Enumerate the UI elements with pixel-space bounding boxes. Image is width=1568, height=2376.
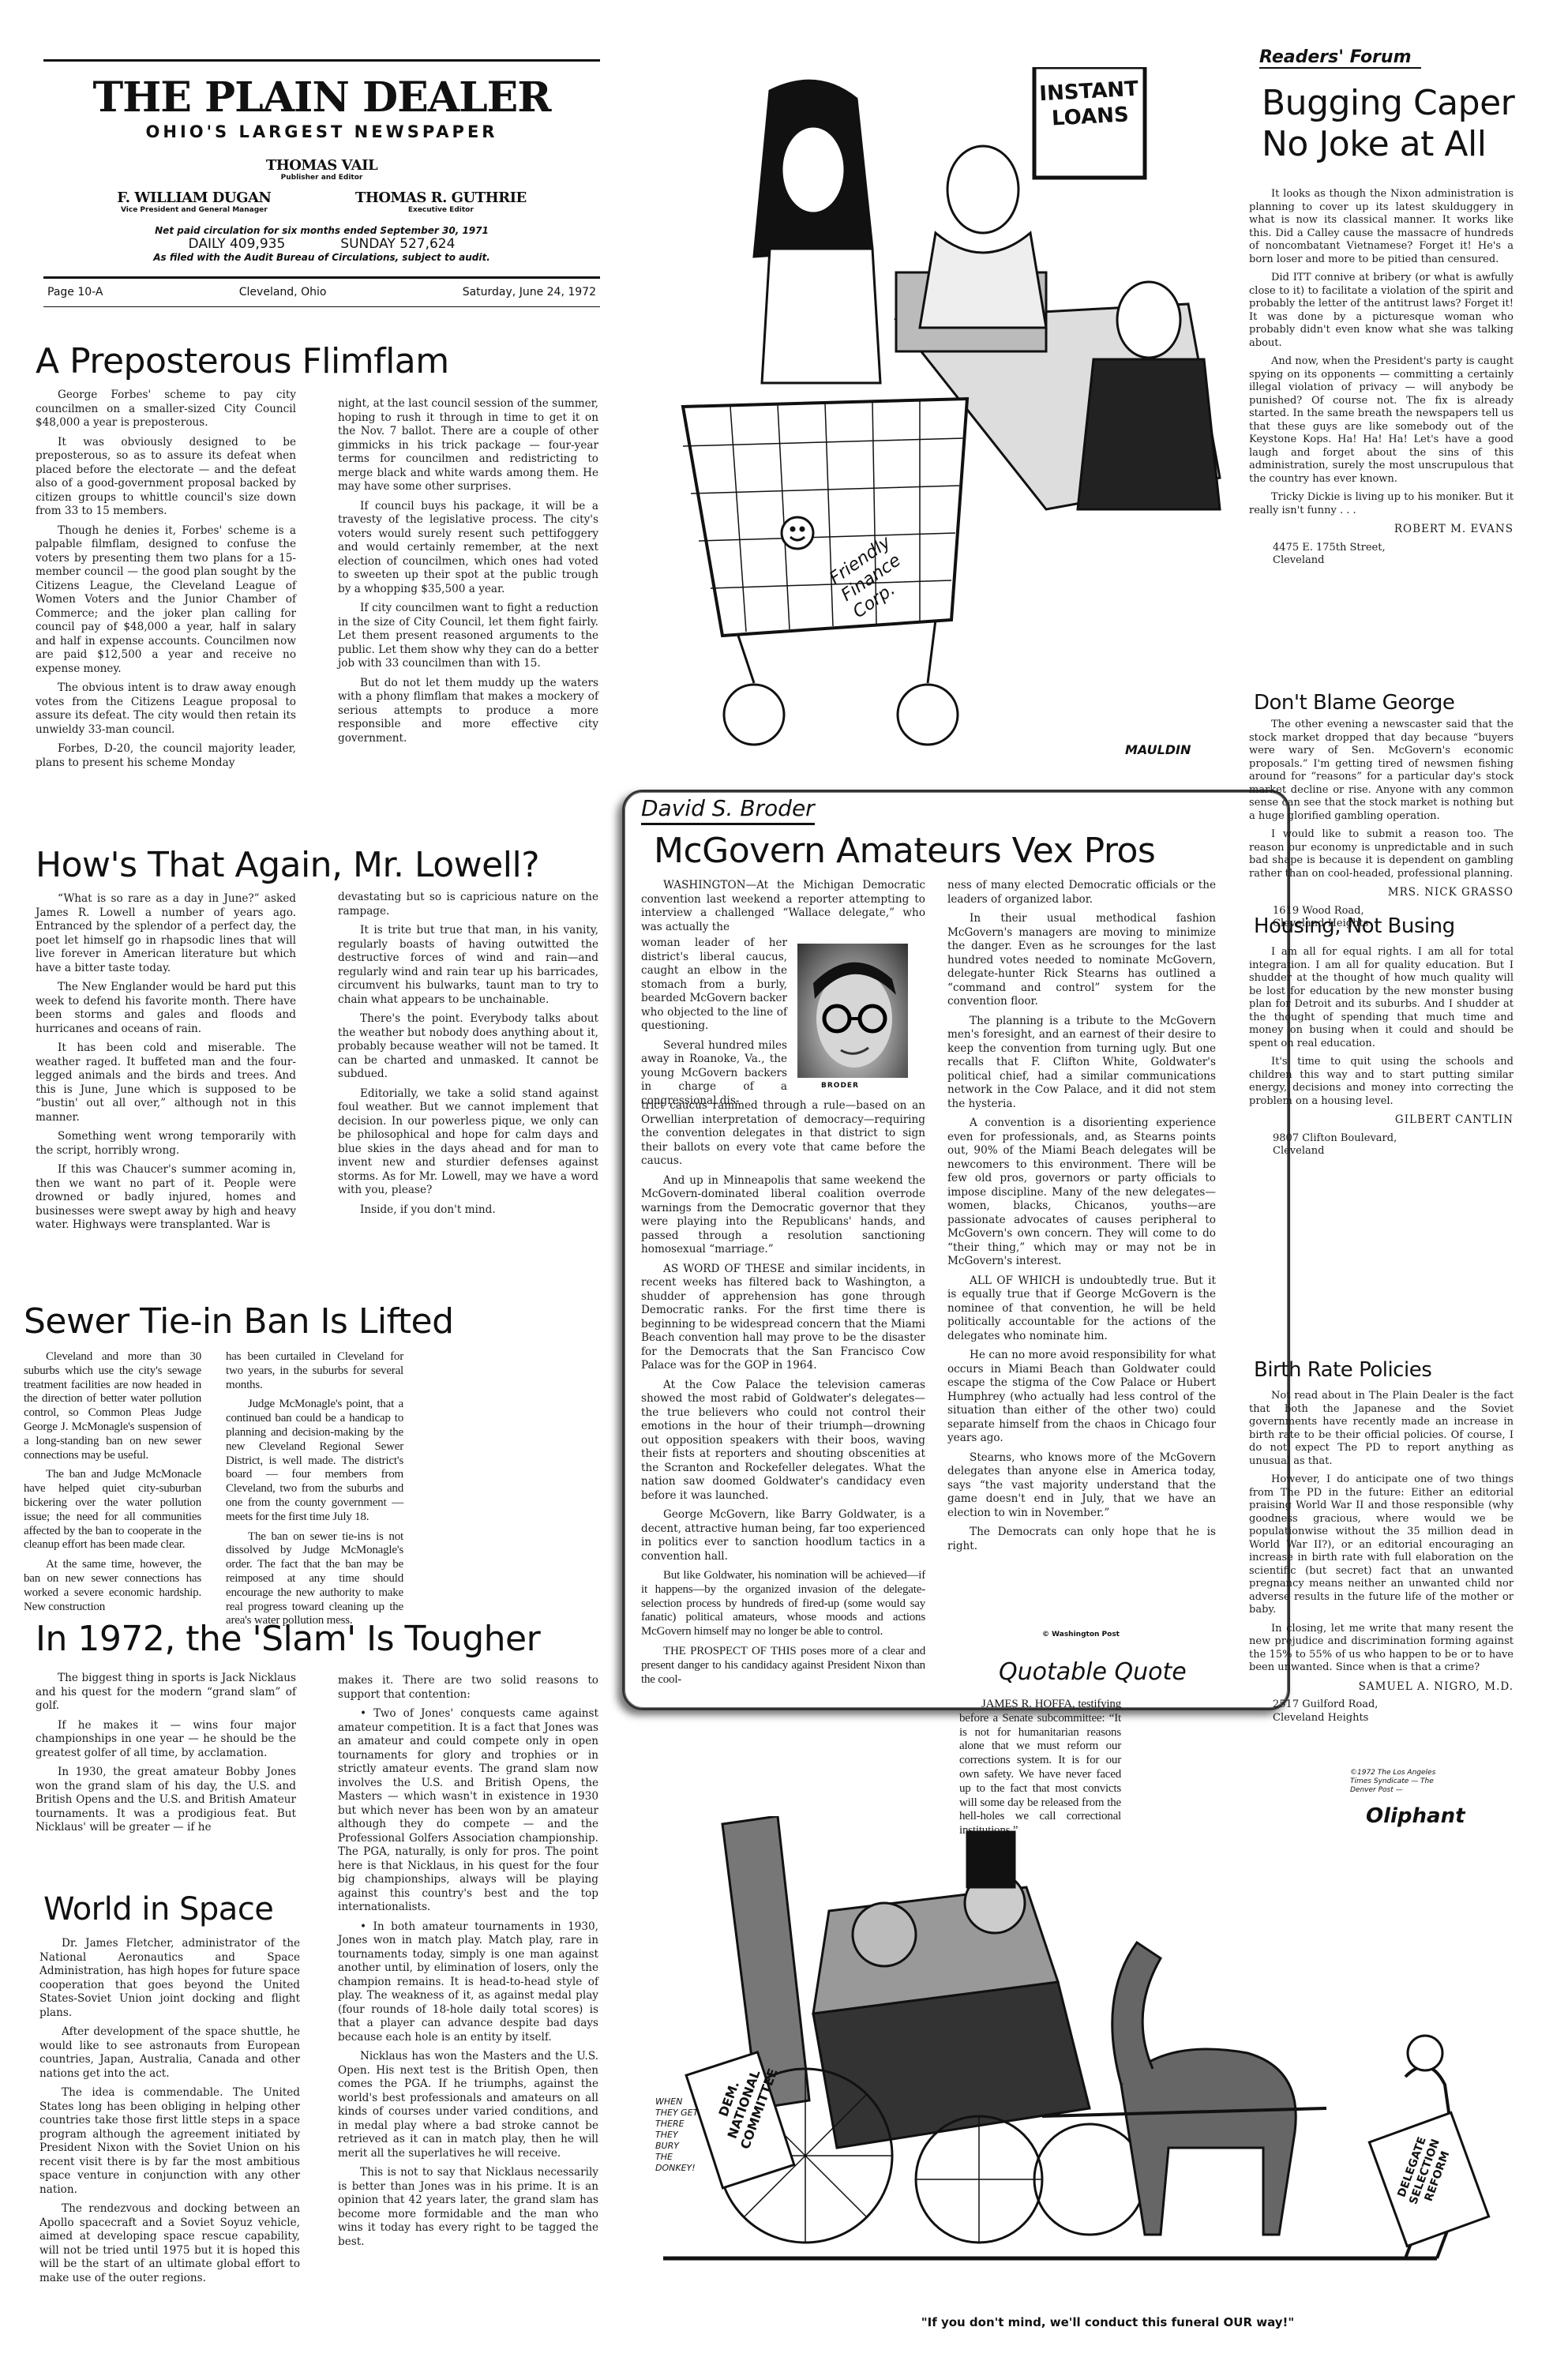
paragraph: If council buys his package, it will be … [338, 500, 598, 597]
letter-address: 4475 E. 175th Street, [1273, 542, 1514, 555]
cartoon-syndicate-credit: ©1972 The Los Angeles Times Syndicate — … [1350, 1769, 1437, 1795]
headline-mcgovern: McGovern Amateurs Vex Pros [654, 831, 1155, 871]
paragraph: There's the point. Everybody talks about… [338, 1012, 598, 1082]
editorial-cartoon-loans: INSTANT LOANS Friendly Finance Corp. MAU… [636, 67, 1244, 762]
cartoon-caption: "If you don't mind, we'll conduct this f… [647, 2315, 1568, 2329]
paragraph: Forbes, D-20, the council majority leade… [36, 742, 296, 770]
paragraph: ness of many elected Democratic official… [947, 879, 1216, 906]
columnist-byline: David S. Broder [641, 795, 815, 825]
paragraph: It is trite but true that man, in his va… [338, 924, 598, 1007]
paragraph: In 1930, the great amateur Bobby Jones w… [36, 1766, 296, 1835]
paragraph: This is not to say that Nicklaus necessa… [338, 2166, 598, 2249]
dateline: Page 10-A Cleveland, Ohio Saturday, June… [47, 286, 596, 298]
letter-housing-not-busing: I am all for equal rights. I am all for … [1249, 946, 1514, 1158]
paragraph: And now, when the President's party is c… [1249, 355, 1514, 486]
readers-forum-label: Readers' Forum [1259, 47, 1421, 69]
vp-name: F. WILLIAM DUGAN [117, 190, 271, 206]
letter-headline: Don't Blame George [1254, 691, 1454, 715]
sunday-circulation: SUNDAY 527,624 [340, 236, 455, 252]
paragraph: Inside, if you don't mind. [338, 1203, 598, 1218]
letter-address: Cleveland [1273, 554, 1514, 568]
portrait-icon [797, 944, 908, 1078]
paragraph: Editorially, we take a solid stand again… [338, 1087, 598, 1198]
headline-slam: In 1972, the 'Slam' Is Tougher [36, 1619, 540, 1659]
paragraph: He can no more avoid responsibility for … [947, 1349, 1216, 1446]
page-number: Page 10-A [47, 286, 103, 298]
vp-title: Vice President and General Manager [117, 206, 271, 214]
publisher-name: THOMAS VAIL [43, 157, 600, 174]
paragraph: It's time to quit using the schools and … [1249, 1056, 1514, 1108]
masthead: THE PLAIN DEALER OHIO'S LARGEST NEWSPAPE… [43, 75, 600, 263]
cartoon-drawing-icon [647, 1816, 1568, 2306]
paragraph: Not read about in The Plain Dealer is th… [1249, 1390, 1514, 1468]
letter-address: 2517 Guilford Road, [1273, 1698, 1514, 1712]
lowell-col1: “What is so rare as a day in June?” aske… [36, 892, 296, 1238]
letter-dont-blame-george: The other evening a newscaster said that… [1249, 719, 1514, 931]
cartoon-drawing-icon [636, 67, 1244, 762]
newspaper-title: THE PLAIN DEALER [43, 75, 600, 121]
paragraph: The biggest thing in sports is Jack Nick… [36, 1672, 296, 1713]
letter-headline: Bugging Caper No Joke at All [1262, 83, 1546, 165]
letter-signature: GILBERT CANTLIN [1249, 1113, 1514, 1127]
paragraph: In closing, let me write that many resen… [1249, 1623, 1514, 1675]
broder-wrap-text: woman leader of her district's liberal c… [641, 937, 787, 1113]
letter-address: Cleveland [1273, 1145, 1514, 1158]
space-col1: Dr. James Fletcher, administrator of the… [39, 1937, 300, 2291]
paragraph: A convention is a disorienting experienc… [947, 1117, 1216, 1269]
slam-col2: makes it. There are two solid reasons to… [338, 1674, 598, 2254]
masthead-top-rule [43, 59, 600, 62]
paragraph: Cleveland and more than 30 suburbs which… [24, 1350, 201, 1462]
paragraph: The planning is a tribute to the McGover… [947, 1015, 1216, 1112]
paragraph: Did ITT connive at bribery (or what is a… [1249, 272, 1514, 350]
instant-loans-sign: INSTANT LOANS [1037, 77, 1142, 133]
paragraph: Several hundred miles away in Roanoke, V… [641, 1039, 787, 1109]
broder-photo [797, 944, 908, 1078]
paragraph: Nicklaus has won the Masters and the U.S… [338, 2050, 598, 2160]
slam-col1: The biggest thing in sports is Jack Nick… [36, 1672, 296, 1841]
paragraph: It was obviously designed to be preposte… [36, 436, 296, 519]
paragraph: If city councilmen want to fight a reduc… [338, 602, 598, 671]
paragraph: It has been cold and miserable. The weat… [36, 1042, 296, 1124]
paragraph: In their usual methodical fashion McGove… [947, 912, 1216, 1009]
letter-address: 9807 Clifton Boulevard, [1273, 1132, 1514, 1146]
paragraph: AS WORD OF THESE and similar incidents, … [641, 1263, 925, 1373]
paragraph: George Forbes' scheme to pay city counci… [36, 388, 296, 430]
paragraph: Something went wrong temporarily with th… [36, 1130, 296, 1158]
headline-space: World in Space [43, 1891, 273, 1927]
masthead-bottom-rule [43, 276, 600, 279]
paragraph: The idea is commendable. The United Stat… [39, 2086, 300, 2197]
headline-lowell: How's That Again, Mr. Lowell? [36, 845, 539, 885]
circulation-note: Net paid circulation for six months ende… [43, 225, 600, 236]
paragraph: Dr. James Fletcher, administrator of the… [39, 1937, 300, 2020]
paragraph: • Two of Jones' conquests came against a… [338, 1707, 598, 1915]
paragraph: But do not let them muddy up the waters … [338, 677, 598, 746]
paragraph: And up in Minneapolis that same weekend … [641, 1174, 925, 1257]
lowell-col2: devastating but so is capricious nature … [338, 891, 598, 1222]
broder-col2: ness of many elected Democratic official… [947, 879, 1216, 1559]
paragraph: At the Cow Palace the television cameras… [641, 1379, 925, 1503]
cartoonist-signature: MAULDIN [1125, 742, 1191, 757]
paragraph: The Democrats can only hope that he is r… [947, 1526, 1216, 1553]
paragraph: George McGovern, like Barry Goldwater, i… [641, 1508, 925, 1563]
letter-bugging-caper: It looks as though the Nixon administrat… [1249, 188, 1514, 568]
copyright-credit: © Washington Post [1042, 1631, 1120, 1638]
dateline-date: Saturday, June 24, 1972 [463, 286, 596, 298]
sewer-col1-wrap: Cleveland and more than 30 suburbs which… [24, 1350, 201, 1620]
paragraph: makes it. There are two solid reasons to… [338, 1674, 598, 1702]
publisher-title: Publisher and Editor [43, 174, 600, 182]
headline-flimflam: A Preposterous Flimflam [36, 341, 449, 381]
paragraph: devastating but so is capricious nature … [338, 891, 598, 918]
broder-col1-continued: trict caucus rammed through a rule—based… [641, 1099, 925, 1692]
paragraph: Judge McMonagle's point, that a continue… [226, 1398, 403, 1524]
paragraph: The obvious intent is to draw away enoug… [36, 681, 296, 737]
paragraph: If this was Chaucer's summer acoming in,… [36, 1163, 296, 1233]
paragraph: THE PROSPECT OF THIS poses more of a cle… [641, 1645, 925, 1687]
letter-headline: Birth Rate Policies [1254, 1358, 1431, 1382]
paragraph: WASHINGTON—At the Michigan Democratic co… [641, 879, 925, 934]
paragraph: Stearns, who knows more of the McGovern … [947, 1451, 1216, 1521]
paragraph: But like Goldwater, his nomination will … [641, 1569, 925, 1639]
dateline-rule [43, 306, 600, 307]
quotable-quote-title: Quotable Quote [999, 1658, 1187, 1686]
sewer-col2: has been curtailed in Cleveland for two … [226, 1350, 403, 1634]
paragraph: I would like to submit a reason too. The… [1249, 828, 1514, 880]
audit-note: As filed with the Audit Bureau of Circul… [43, 252, 600, 263]
paragraph: The ban on sewer tie-ins is not dissolve… [226, 1530, 403, 1629]
cartoon-aside: WHEN THEY GET THERE THEY BURY THE DONKEY… [655, 2096, 699, 2174]
newspaper-tagline: OHIO'S LARGEST NEWSPAPER [43, 121, 600, 143]
letter-signature: ROBERT M. EVANS [1249, 523, 1514, 536]
dateline-city: Cleveland, Ohio [239, 286, 327, 298]
cartoonist-signature: Oliphant [1366, 1804, 1465, 1828]
exec-editor-name: THOMAS R. GUTHRIE [355, 190, 527, 206]
paragraph: ALL OF WHICH is undoubtedly true. But it… [947, 1274, 1216, 1344]
paragraph: However, I do anticipate one of two thin… [1249, 1473, 1514, 1617]
paragraph: It looks as though the Nixon administrat… [1249, 188, 1514, 266]
letter-signature: SAMUEL A. NIGRO, M.D. [1249, 1680, 1514, 1694]
paragraph: After development of the space shuttle, … [39, 2025, 300, 2081]
photo-caption: BRODER [821, 1082, 859, 1090]
paragraph: If he makes it — wins four major champio… [36, 1719, 296, 1761]
paragraph: Though he denies it, Forbes' scheme is a… [36, 524, 296, 677]
paragraph: night, at the last council session of th… [338, 397, 598, 494]
flimflam-col2: night, at the last council session of th… [338, 397, 598, 751]
letter-headline: Housing, Not Busing [1254, 914, 1455, 938]
paragraph: has been curtailed in Cleveland for two … [226, 1350, 403, 1392]
paragraph: • In both amateur tournaments in 1930, J… [338, 1920, 598, 2045]
paragraph: woman leader of her district's liberal c… [641, 937, 787, 1034]
letter-signature: MRS. NICK GRASSO [1249, 886, 1514, 899]
paragraph: trict caucus rammed through a rule—based… [641, 1099, 925, 1169]
paragraph: The ban and Judge McMonacle have helped … [24, 1468, 201, 1552]
daily-circulation: DAILY 409,935 [189, 236, 286, 252]
editorial-cartoon-funeral: DEM. NATIONAL COMMITTEE DELEGATE SELECTI… [647, 1816, 1568, 2306]
flimflam-col1: George Forbes' scheme to pay city counci… [36, 388, 296, 775]
paragraph: The New Englander would be hard put this… [36, 981, 296, 1036]
exec-editor-title: Executive Editor [355, 206, 527, 214]
paragraph: The rendezvous and docking between an Ap… [39, 2202, 300, 2285]
paragraph: “What is so rare as a day in June?” aske… [36, 892, 296, 975]
paragraph: The other evening a newscaster said that… [1249, 719, 1514, 823]
broder-col1: WASHINGTON—At the Michigan Democratic co… [641, 879, 925, 936]
paragraph: I am all for equal rights. I am all for … [1249, 946, 1514, 1050]
letter-address: Cleveland Heights [1273, 1712, 1514, 1725]
paragraph: At the same time, however, the ban on ne… [24, 1558, 201, 1614]
paragraph: Tricky Dickie is living up to his monike… [1249, 491, 1514, 517]
letter-birth-rate: Not read about in The Plain Dealer is th… [1249, 1390, 1514, 1725]
headline-sewer: Sewer Tie-in Ban Is Lifted [24, 1301, 454, 1342]
